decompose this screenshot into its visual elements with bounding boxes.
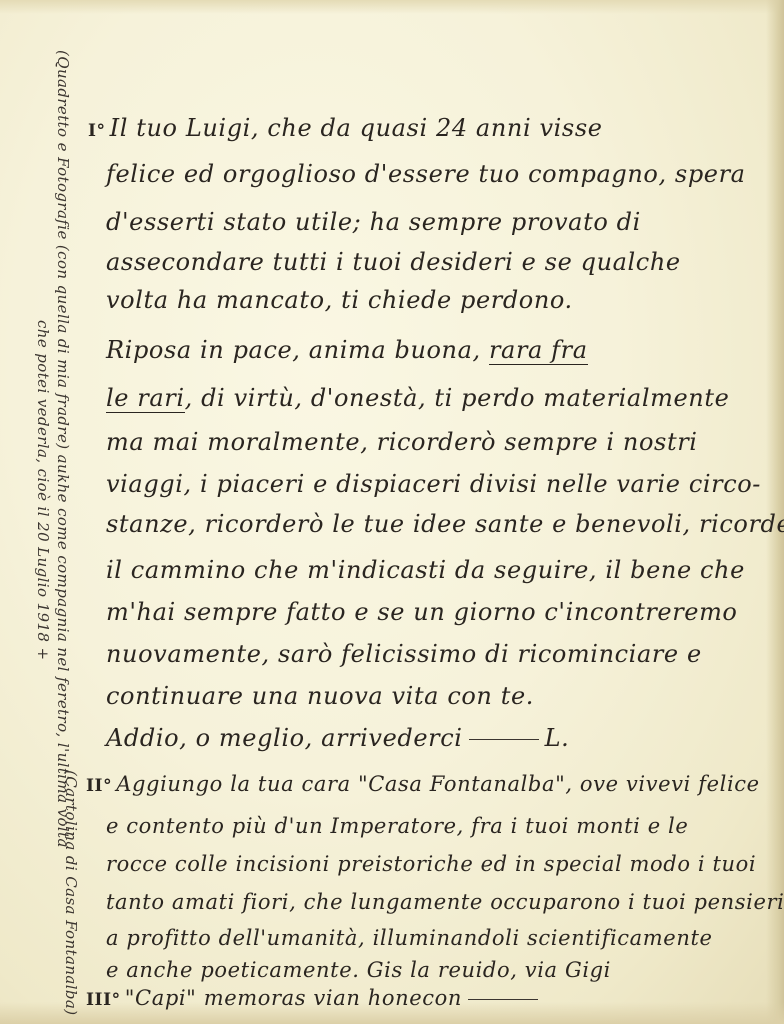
farewell-line-4: viaggi, i piaceri e dispiaceri divisi ne… <box>106 470 761 498</box>
underlined-phrase: le rari <box>106 384 185 413</box>
section-three-line: III°"Capi" memoras vian honecon <box>86 986 544 1010</box>
farewell-line-9: continuare una nuova vita con te. <box>106 682 534 710</box>
margin-note-postcard: (Cartolina di Casa Fontanalba) <box>62 770 80 1016</box>
farewell-line-3: ma mai moralmente, ricorderò sempre i no… <box>106 428 698 456</box>
section-two-numeral: II° <box>86 776 112 796</box>
section-three-numeral: III° <box>86 990 121 1010</box>
farewell-line-7: m'hai sempre fatto e se un giorno c'inco… <box>106 598 737 626</box>
signature: L. <box>545 724 570 752</box>
farewell-line-5: stanze, ricorderò le tue idee sante e be… <box>106 510 784 538</box>
section-one-line-4: assecondare tutti i tuoi desideri e se q… <box>106 248 681 276</box>
section-one-line-5: volta ha mancato, ti chiede perdono. <box>106 286 573 314</box>
farewell-line-1: Riposa in pace, anima buona, rara fra <box>106 336 588 364</box>
paper-edge-top <box>0 0 784 14</box>
section-two-line-4: tanto amati fiori, che lungamente occupa… <box>106 890 784 914</box>
section-two-line-3: rocce colle incisioni preistoriche ed in… <box>106 852 756 876</box>
section-one-line-3: d'esserti stato utile; ha sempre provato… <box>106 208 641 236</box>
farewell-closing: Addio, o meglio, arrivederciL. <box>106 724 569 752</box>
underlined-phrase: rara fra <box>489 336 588 365</box>
section-one-line-2: felice ed orgoglioso d'essere tuo compag… <box>106 160 746 188</box>
section-two-line-6: e anche poeticamente. Gis la reuido, via… <box>106 958 611 982</box>
section-two-line-1: II°Aggiungo la tua cara "Casa Fontanalba… <box>86 772 760 796</box>
farewell-line-6: il cammino che m'indicasti da seguire, i… <box>106 556 745 584</box>
document-page: (Quadretto e Fotografie (con quella di m… <box>0 0 784 1024</box>
section-one-numeral: I° <box>88 121 106 141</box>
farewell-line-2: le rari, di virtù, d'onestà, ti perdo ma… <box>106 384 729 412</box>
section-two-line-2: e contento più d'un Imperatore, fra i tu… <box>106 814 688 838</box>
section-two-line-5: a profitto dell'umanità, illuminandoli s… <box>106 926 713 950</box>
farewell-line-8: nuovamente, sarò felicissimo di ricominc… <box>106 640 702 668</box>
margin-note-photos: (Quadretto e Fotografie (con quella di m… <box>54 50 72 848</box>
margin-note-date: che potei vederla, cioè il 20 Luglio 191… <box>34 320 52 661</box>
signature-flourish <box>469 739 539 740</box>
section-one-line-1: I°Il tuo Luigi, che da quasi 24 anni vis… <box>88 114 603 142</box>
closing-flourish <box>468 999 538 1000</box>
